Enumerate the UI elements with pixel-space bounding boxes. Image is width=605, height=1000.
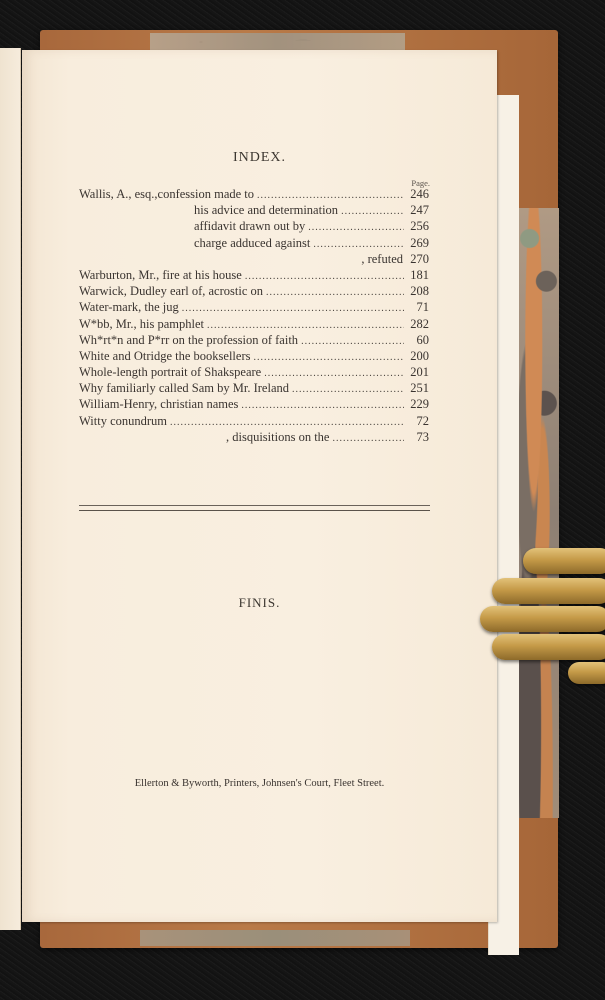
- entry-page-number: 282: [407, 316, 429, 332]
- brass-thumb: [568, 662, 605, 684]
- entry-page-number: 71: [407, 299, 429, 315]
- brass-hand-page-clip: [478, 548, 605, 688]
- entry-page-number: 229: [407, 396, 429, 412]
- brass-finger: [492, 578, 605, 604]
- entry-heading: W*bb, Mr., his pamphlet: [79, 316, 204, 332]
- index-heading: INDEX.: [22, 150, 497, 166]
- book-page: INDEX. Page. Wallis, A., esq., confessio…: [22, 50, 497, 922]
- index-entry: Whole-length portrait of Shakspeare.....…: [79, 364, 429, 380]
- entry-page-number: 201: [407, 364, 429, 380]
- entry-subheading: affidavit drawn out by: [194, 218, 305, 234]
- entry-page-number: 60: [407, 332, 429, 348]
- index-entries: Wallis, A., esq., confession made to....…: [79, 186, 429, 445]
- entry-page-number: 247: [407, 202, 429, 218]
- entry-subheading: confession made to: [158, 186, 255, 202]
- entry-page-number: 72: [407, 413, 429, 429]
- facing-page-edge: [0, 48, 21, 930]
- brass-finger: [480, 606, 605, 632]
- marbled-spine-strip: [517, 208, 559, 818]
- entry-heading: William-Henry, christian names: [79, 396, 238, 412]
- index-entry: White and Otridge the booksellers.......…: [79, 348, 429, 364]
- finis-text: FINIS.: [22, 595, 497, 611]
- double-rule-divider: [79, 505, 430, 511]
- marbled-bottom-edge: [140, 930, 410, 946]
- brass-finger: [492, 634, 605, 660]
- entry-page-number: 269: [407, 235, 429, 251]
- index-entry: Wallis, A., esq., confession made to....…: [79, 186, 429, 202]
- entry-page-number: 256: [407, 218, 429, 234]
- index-entry: , disquisitions on the..................…: [79, 429, 429, 445]
- entry-page-number: 246: [407, 186, 429, 202]
- index-entry: Water-mark, the jug.....................…: [79, 299, 429, 315]
- entry-heading: Wallis, A., esq.,: [79, 186, 158, 202]
- index-entry: charge adduced against..................…: [79, 235, 429, 251]
- index-entry: Wh*rt*n and P*rr on the profession of fa…: [79, 332, 429, 348]
- entry-page-number: 251: [407, 380, 429, 396]
- marbled-top-edge: [150, 33, 405, 51]
- index-entry: William-Henry, christian names..........…: [79, 396, 429, 412]
- entry-page-number: 73: [407, 429, 429, 445]
- entry-heading: Why familiarly called Sam by Mr. Ireland: [79, 380, 289, 396]
- entry-page-number: 200: [407, 348, 429, 364]
- entry-heading: Water-mark, the jug: [79, 299, 179, 315]
- brass-finger: [523, 548, 605, 574]
- index-entry: his advice and determination............…: [79, 202, 429, 218]
- index-entry: , refuted...............................…: [79, 251, 429, 267]
- entry-heading: Witty conundrum: [79, 413, 167, 429]
- entry-subheading: charge adduced against: [194, 235, 310, 251]
- entry-page-number: 270: [407, 251, 429, 267]
- entry-heading: White and Otridge the booksellers: [79, 348, 250, 364]
- index-entry: W*bb, Mr., his pamphlet.................…: [79, 316, 429, 332]
- printer-imprint: Ellerton & Byworth, Printers, Johnsen's …: [22, 778, 497, 789]
- entry-subheading: , refuted: [361, 251, 403, 267]
- entry-subheading: , disquisitions on the: [226, 429, 329, 445]
- entry-heading: Warwick, Dudley earl of, acrostic on: [79, 283, 263, 299]
- dot-leader: ........................................…: [332, 431, 404, 447]
- entry-subheading: his advice and determination: [194, 202, 338, 218]
- entry-heading: Warburton, Mr., fire at his house: [79, 267, 242, 283]
- index-entry: Warburton, Mr., fire at his house.......…: [79, 267, 429, 283]
- index-entry: Warwick, Dudley earl of, acrostic on....…: [79, 283, 429, 299]
- entry-page-number: 181: [407, 267, 429, 283]
- index-entry: Witty conundrum.........................…: [79, 413, 429, 429]
- entry-heading: Wh*rt*n and P*rr on the profession of fa…: [79, 332, 298, 348]
- index-entry: Why familiarly called Sam by Mr. Ireland…: [79, 380, 429, 396]
- entry-heading: Whole-length portrait of Shakspeare: [79, 364, 261, 380]
- index-entry: affidavit drawn out by..................…: [79, 218, 429, 234]
- entry-page-number: 208: [407, 283, 429, 299]
